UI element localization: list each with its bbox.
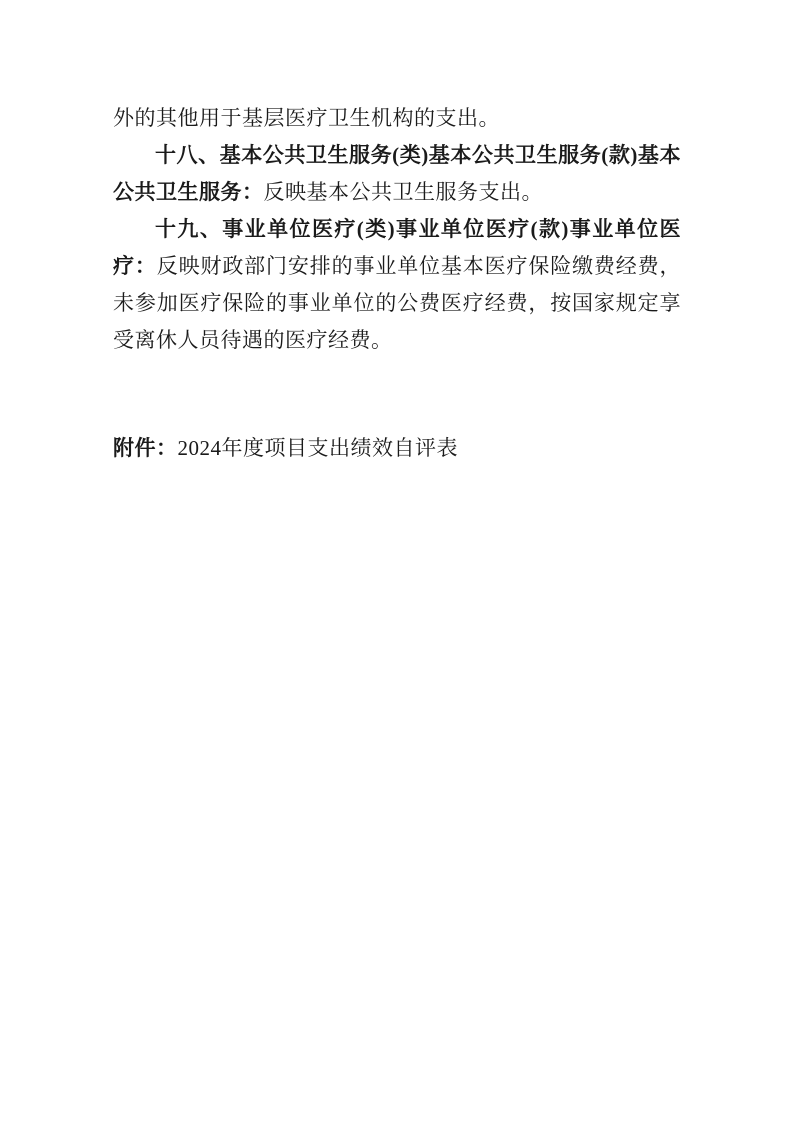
- attachment-text: 2024年度项目支出绩效自评表: [178, 436, 459, 460]
- paragraph-item-18: 十八、基本公共卫生服务(类)基本公共卫生服务(款)基本公共卫生服务：反映基本公共…: [113, 137, 681, 211]
- paragraph-item-19-text: 反映财政部门安排的事业单位基本医疗保险缴费经费，未参加医疗保险的事业单位的公费医…: [113, 254, 681, 352]
- paragraph-continuation: 外的其他用于基层医疗卫生机构的支出。: [113, 100, 681, 137]
- document-page: 外的其他用于基层医疗卫生机构的支出。 十八、基本公共卫生服务(类)基本公共卫生服…: [0, 0, 794, 1122]
- attachment-label: 附件：: [113, 436, 178, 460]
- paragraph-item-19: 十九、事业单位医疗(类)事业单位医疗(款)事业单位医疗：反映财政部门安排的事业单…: [113, 211, 681, 359]
- attachment-line: 附件：2024年度项目支出绩效自评表: [113, 430, 681, 467]
- paragraph-continuation-text: 外的其他用于基层医疗卫生机构的支出。: [113, 106, 500, 130]
- document-body: 外的其他用于基层医疗卫生机构的支出。 十八、基本公共卫生服务(类)基本公共卫生服…: [113, 100, 681, 467]
- paragraph-item-18-text: 反映基本公共卫生服务支出。: [264, 180, 544, 204]
